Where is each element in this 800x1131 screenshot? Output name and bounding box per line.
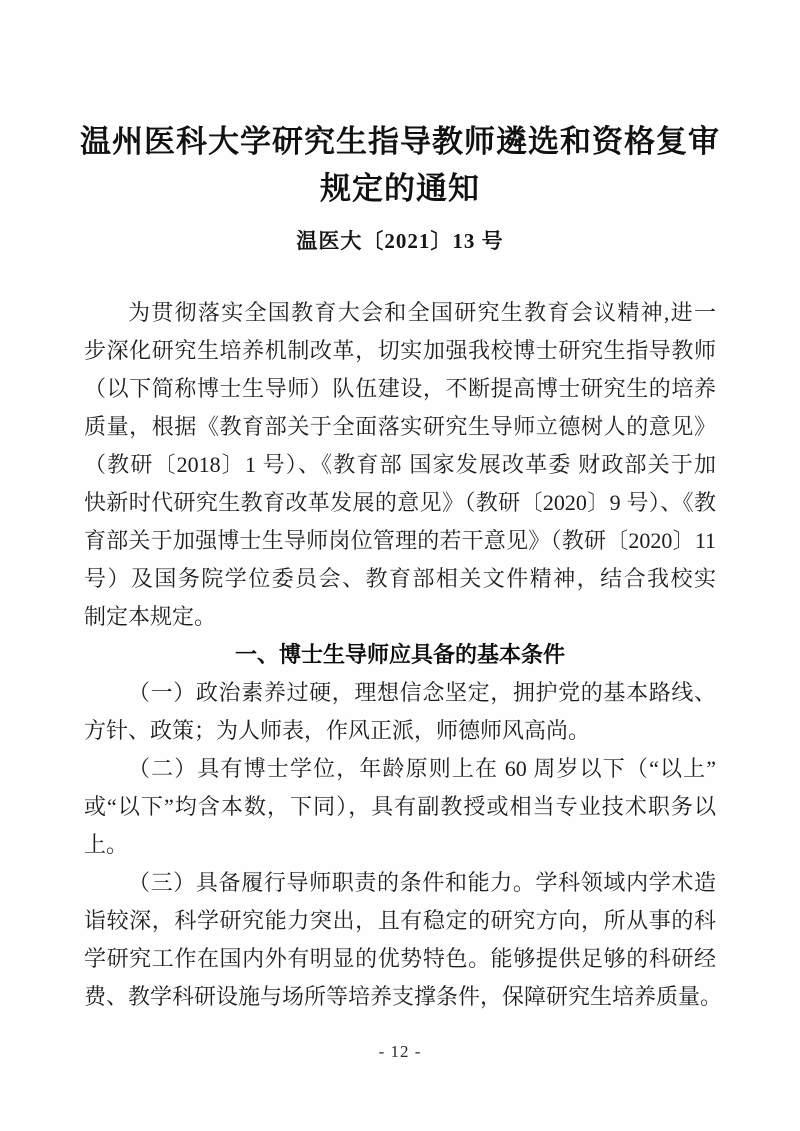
item-2-paragraph-line: 上。	[84, 826, 716, 864]
item-3-paragraph-line: 学研究工作在国内外有明显的优势特色。能够提供足够的科研经	[84, 940, 716, 978]
page-number: - 12 -	[0, 1042, 800, 1062]
intro-paragraph-line: 制定本规定。	[84, 598, 716, 636]
item-2-paragraph-line: （二）具有博士学位，年龄原则上在 60 周岁以下（“以上”	[84, 750, 716, 788]
intro-paragraph-line: 号）及国务院学位委员会、教育部相关文件精神，结合我校实际，	[84, 560, 716, 598]
item-2-paragraph-line: 或“以下”均含本数，下同），具有副教授或相当专业技术职务以	[84, 788, 716, 826]
document-number: 温医大〔2021〕13 号	[0, 225, 800, 255]
item-1-paragraph-line: （一）政治素养过硬，理想信念坚定，拥护党的基本路线、	[84, 674, 716, 712]
document-page: 温州医科大学研究生指导教师遴选和资格复审 规定的通知 温医大〔2021〕13 号…	[0, 0, 800, 1131]
document-title: 温州医科大学研究生指导教师遴选和资格复审 规定的通知	[60, 118, 740, 212]
intro-paragraph-line: 为贯彻落实全国教育大会和全国研究生教育会议精神,进一	[84, 294, 716, 332]
intro-paragraph-line: 步深化研究生培养机制改革，切实加强我校博士研究生指导教师	[84, 332, 716, 370]
intro-paragraph-line: 质量，根据《教育部关于全面落实研究生导师立德树人的意见》	[84, 408, 716, 446]
item-1-paragraph-line: 方针、政策；为人师表，作风正派，师德师风高尚。	[84, 712, 716, 750]
intro-paragraph-line: 育部关于加强博士生导师岗位管理的若干意见》（教研〔2020〕11	[84, 522, 716, 560]
item-3-paragraph-line: 费、教学科研设施与场所等培养支撑条件，保障研究生培养质量。	[84, 978, 716, 1016]
document-title-line-2: 规定的通知	[60, 165, 740, 212]
section-heading-1: 一、博士生导师应具备的基本条件	[84, 636, 716, 674]
intro-paragraph-line: 快新时代研究生教育改革发展的意见》（教研〔2020〕9 号）、《教	[84, 484, 716, 522]
intro-paragraph-line: （教研〔2018〕1 号）、《教育部 国家发展改革委 财政部关于加	[84, 446, 716, 484]
document-body: 为贯彻落实全国教育大会和全国研究生教育会议精神,进一步深化研究生培养机制改革，切…	[84, 294, 716, 1016]
item-3-paragraph-line: （三）具备履行导师职责的条件和能力。学科领域内学术造	[84, 864, 716, 902]
intro-paragraph-line: （以下简称博士生导师）队伍建设，不断提高博士研究生的培养	[84, 370, 716, 408]
item-3-paragraph-line: 诣较深，科学研究能力突出，且有稳定的研究方向，所从事的科	[84, 902, 716, 940]
document-title-line-1: 温州医科大学研究生指导教师遴选和资格复审	[60, 118, 740, 165]
